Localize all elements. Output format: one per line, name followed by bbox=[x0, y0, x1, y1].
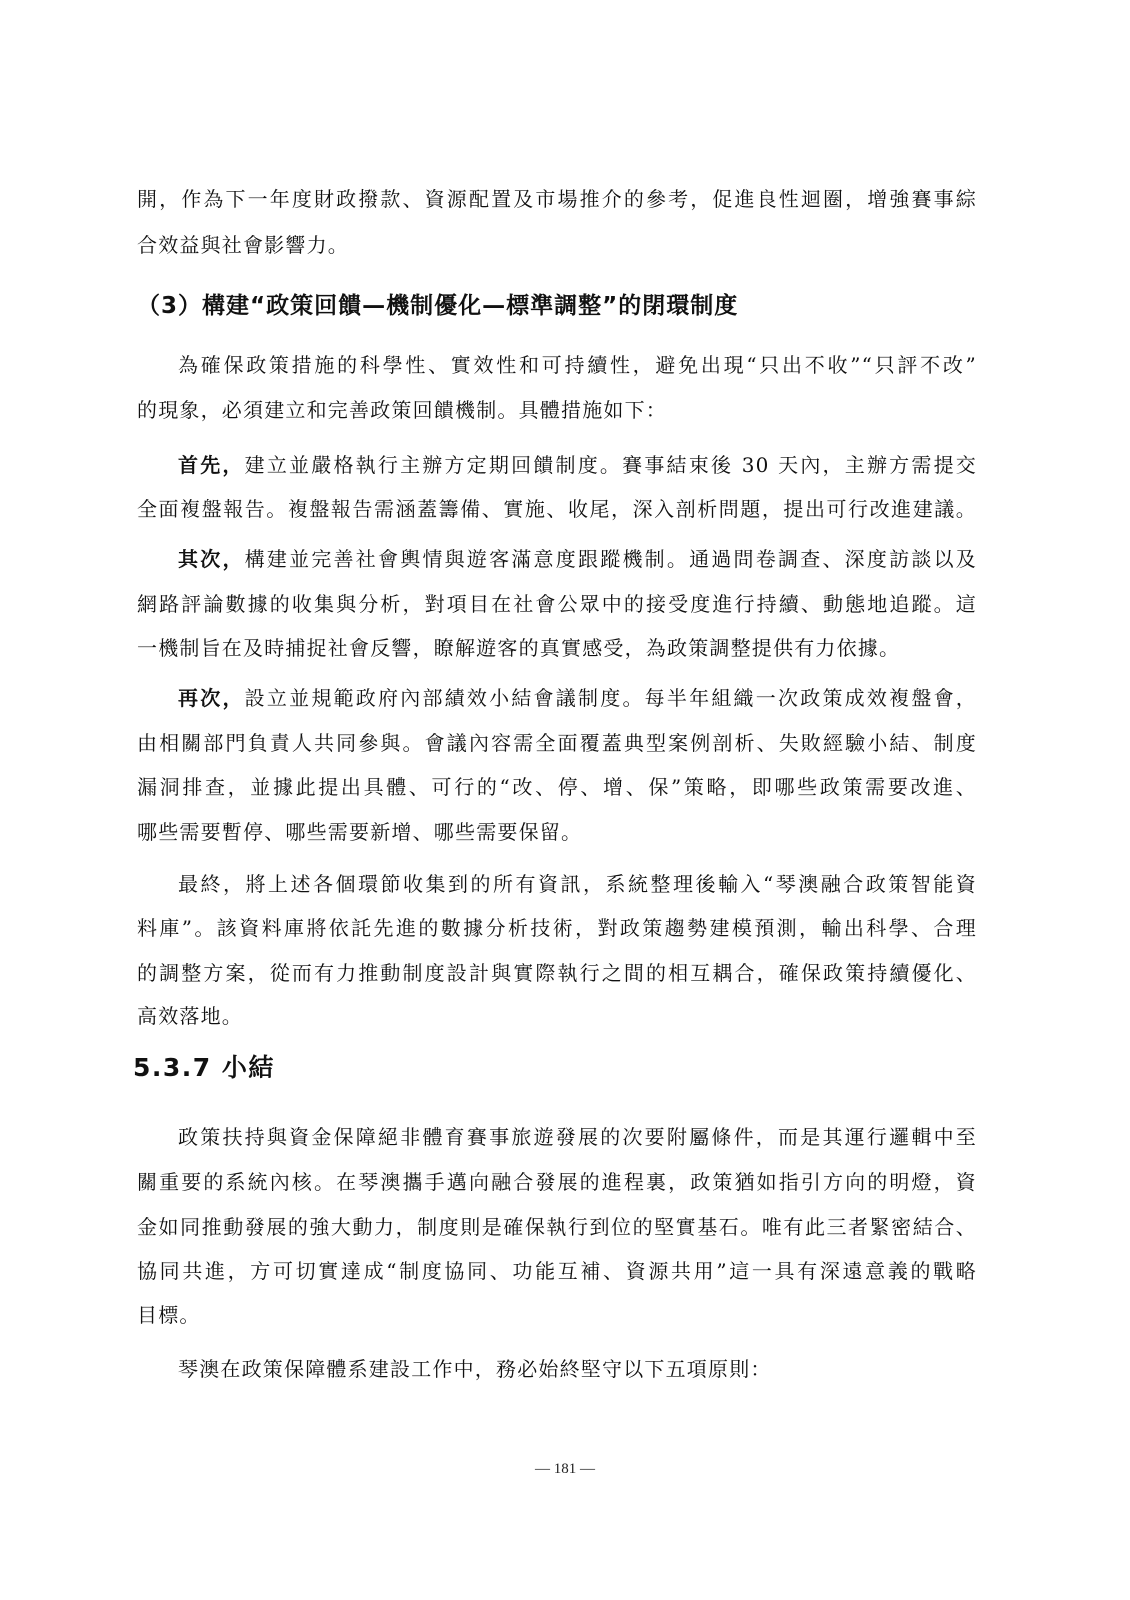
section-heading: 5.3.7 小結 bbox=[133, 1051, 275, 1085]
lead-second: 其次， bbox=[178, 547, 245, 571]
paragraph-line-first: 首先，建立並嚴格執行主辦方定期回饋制度。賽事結束後 30 天內，主辦方需提交 bbox=[178, 451, 977, 479]
paragraph-line: 的現象，必須建立和完善政策回饋機制。具體措施如下： bbox=[137, 396, 977, 424]
paragraph-line: 一機制旨在及時捕捉社會反響，瞭解遊客的真實感受，為政策調整提供有力依據。 bbox=[137, 634, 977, 662]
paragraph-line: 琴澳在政策保障體系建設工作中，務必始終堅守以下五項原則： bbox=[178, 1355, 977, 1383]
paragraph-line: 漏洞排查，並據此提出具體、可行的“改、停、增、保”策略，即哪些政策需要改進、 bbox=[137, 773, 977, 801]
subheading: （3）構建“政策回饋—機制優化—標準調整”的閉環制度 bbox=[137, 290, 738, 322]
paragraph-line-second: 其次，構建並完善社會輿情與遊客滿意度跟蹤機制。通過問卷調查、深度訪談以及 bbox=[178, 545, 977, 573]
paragraph-line: 由相關部門負責人共同參與。會議內容需全面覆蓋典型案例剖析、失敗經驗小結、制度 bbox=[137, 729, 977, 757]
paragraph-line: 關重要的系統內核。在琴澳攜手邁向融合發展的進程裏，政策猶如指引方向的明燈，資 bbox=[137, 1168, 977, 1196]
document-page: 開，作為下一年度財政撥款、資源配置及市場推介的參考，促進良性迴圈，增強賽事綜 合… bbox=[0, 0, 1130, 1600]
page-number: — 181 — bbox=[0, 1459, 1130, 1479]
paragraph-line: 目標。 bbox=[137, 1301, 977, 1329]
paragraph-line: 金如同推動發展的強大動力，制度則是確保執行到位的堅實基石。唯有此三者緊密結合、 bbox=[137, 1213, 977, 1241]
paragraph-line: 最終，將上述各個環節收集到的所有資訊，系統整理後輸入“琴澳融合政策智能資 bbox=[178, 870, 977, 898]
paragraph-text: 設立並規範政府內部績效小結會議制度。每半年組織一次政策成效複盤會， bbox=[245, 686, 977, 710]
paragraph-line: 高效落地。 bbox=[137, 1002, 977, 1030]
paragraph-line: 開，作為下一年度財政撥款、資源配置及市場推介的參考，促進良性迴圈，增強賽事綜 bbox=[137, 185, 977, 213]
paragraph-line: 料庫”。該資料庫將依託先進的數據分析技術，對政策趨勢建模預測，輸出科學、合理 bbox=[137, 914, 977, 942]
paragraph-line: 的調整方案，從而有力推動制度設計與實際執行之間的相互耦合，確保政策持續優化、 bbox=[137, 959, 977, 987]
paragraph-line: 合效益與社會影響力。 bbox=[137, 231, 977, 259]
paragraph-line: 政策扶持與資金保障絕非體育賽事旅遊發展的次要附屬條件，而是其運行邏輯中至 bbox=[178, 1123, 977, 1151]
lead-first: 首先， bbox=[178, 453, 245, 477]
paragraph-line: 為確保政策措施的科學性、實效性和可持續性，避免出現“只出不收”“只評不改” bbox=[178, 351, 977, 379]
lead-third: 再次， bbox=[178, 686, 245, 710]
paragraph-line: 全面複盤報告。複盤報告需涵蓋籌備、實施、收尾，深入剖析問題，提出可行改進建議。 bbox=[137, 495, 977, 523]
paragraph-text: 建立並嚴格執行主辦方定期回饋制度。賽事結束後 30 天內，主辦方需提交 bbox=[245, 453, 977, 477]
paragraph-line: 協同共進，方可切實達成“制度協同、功能互補、資源共用”這一具有深遠意義的戰略 bbox=[137, 1257, 977, 1285]
paragraph-line-third: 再次，設立並規範政府內部績效小結會議制度。每半年組織一次政策成效複盤會， bbox=[178, 684, 977, 712]
paragraph-text: 構建並完善社會輿情與遊客滿意度跟蹤機制。通過問卷調查、深度訪談以及 bbox=[245, 547, 977, 571]
paragraph-line: 哪些需要暫停、哪些需要新增、哪些需要保留。 bbox=[137, 818, 977, 846]
paragraph-line: 網路評論數據的收集與分析，對項目在社會公眾中的接受度進行持續、動態地追蹤。這 bbox=[137, 590, 977, 618]
